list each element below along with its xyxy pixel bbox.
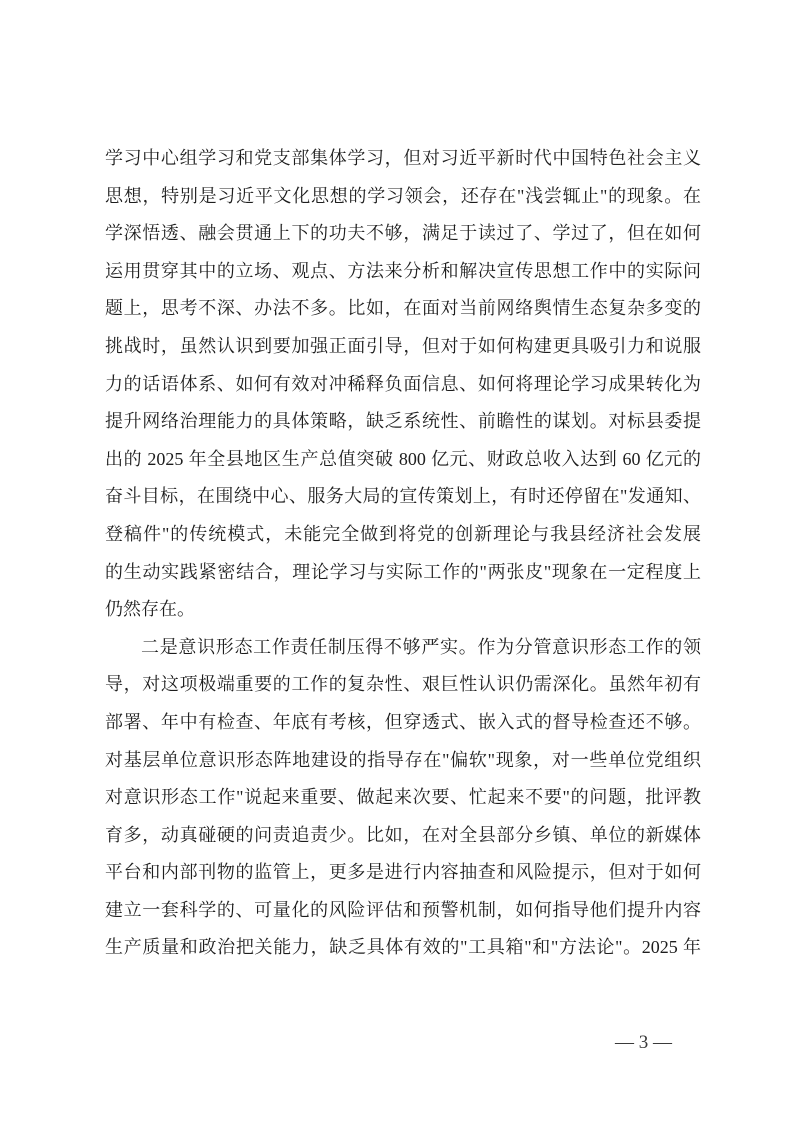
- text-line: 的生动实践紧密结合，理论学习与实际工作的"两张皮"现象在一定程度上: [105, 554, 701, 592]
- text-line: 部署、年中有检查、年底有考核，但穿透式、嵌入式的督导检查还不够。: [105, 704, 701, 742]
- text-line: 生产质量和政治把关能力，缺乏具体有效的"工具箱"和"方法论"。2025 年: [105, 929, 701, 967]
- text-line: 平台和内部刊物的监管上，更多是进行内容抽查和风险提示，但对于如何: [105, 854, 701, 892]
- text-line: 出的 2025 年全县地区生产总值突破 800 亿元、财政总收入达到 60 亿元…: [105, 441, 701, 479]
- text-line: 学习中心组学习和党支部集体学习，但对习近平新时代中国特色社会主义: [105, 140, 701, 178]
- text-line: 题上，思考不深、办法不多。比如，在面对当前网络舆情生态复杂多变的: [105, 290, 701, 328]
- text-line: 力的话语体系、如何有效对冲稀释负面信息、如何将理论学习成果转化为: [105, 366, 701, 404]
- text-line: 导，对这项极端重要的工作的复杂性、艰巨性认识仍需深化。虽然年初有: [105, 666, 701, 704]
- text-line: 登稿件"的传统模式，未能完全做到将党的创新理论与我县经济社会发展: [105, 516, 701, 554]
- text-line: 建立一套科学的、可量化的风险评估和预警机制，如何指导他们提升内容: [105, 892, 701, 930]
- text-line: 对意识形态工作"说起来重要、做起来次要、忙起来不要"的问题，批评教: [105, 779, 701, 817]
- page-number: — 3 —: [615, 1029, 672, 1057]
- text-line: 思想，特别是习近平文化思想的学习领会，还存在"浅尝辄止"的现象。在: [105, 178, 701, 216]
- text-line: 运用贯穿其中的立场、观点、方法来分析和解决宣传思想工作中的实际问: [105, 253, 701, 291]
- text-line: 对基层单位意识形态阵地建设的指导存在"偏软"现象，对一些单位党组织: [105, 742, 701, 780]
- text-line: 奋斗目标，在围绕中心、服务大局的宣传策划上，有时还停留在"发通知、: [105, 478, 701, 516]
- text-line: 仍然存在。: [105, 591, 701, 629]
- text-line: 挑战时，虽然认识到要加强正面引导，但对于如何构建更具吸引力和说服: [105, 328, 701, 366]
- text-line: 育多，动真碰硬的问责追责少。比如，在对全县部分乡镇、单位的新媒体: [105, 817, 701, 855]
- text-line: 二是意识形态工作责任制压得不够严实。作为分管意识形态工作的领: [105, 629, 701, 667]
- document-body: 学习中心组学习和党支部集体学习，但对习近平新时代中国特色社会主义思想，特别是习近…: [105, 140, 701, 967]
- text-line: 学深悟透、融会贯通上下的功夫不够，满足于读过了、学过了，但在如何: [105, 215, 701, 253]
- text-line: 提升网络治理能力的具体策略，缺乏系统性、前瞻性的谋划。对标县委提: [105, 403, 701, 441]
- document-page: 学习中心组学习和党支部集体学习，但对习近平新时代中国特色社会主义思想，特别是习近…: [0, 0, 793, 1122]
